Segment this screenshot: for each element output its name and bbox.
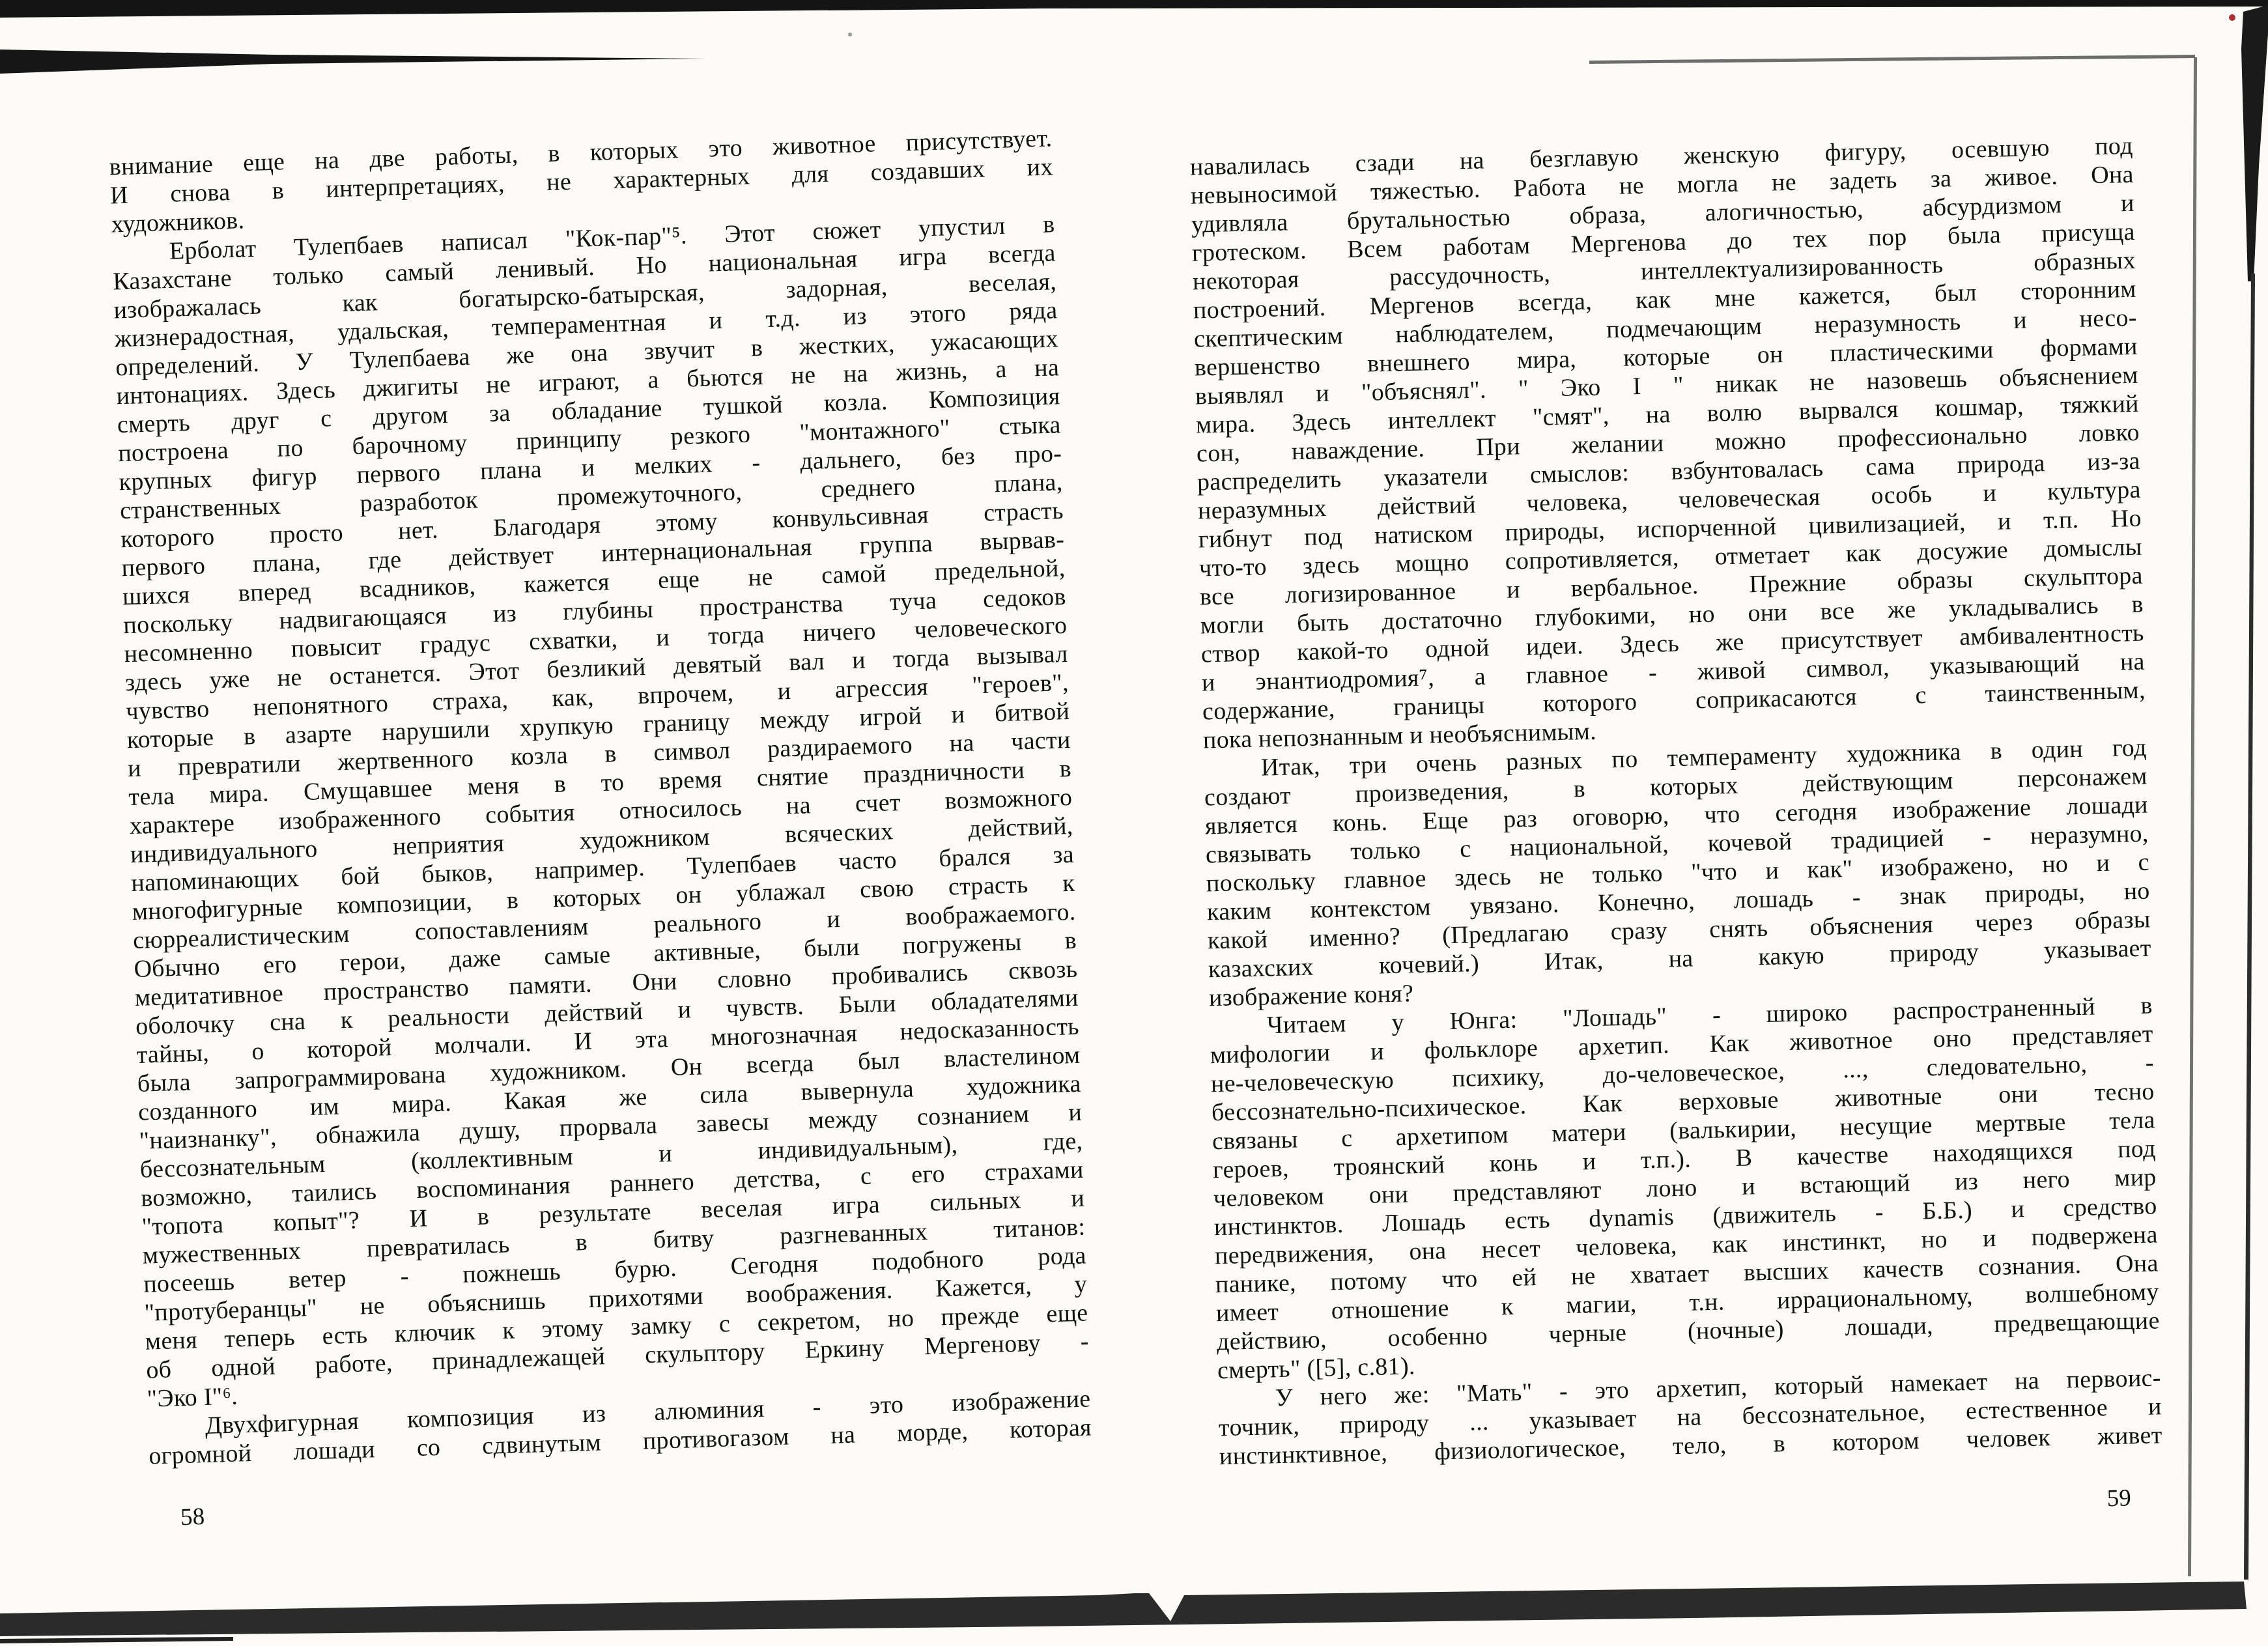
page-right-text: навалилась сзади на безглавую женскую фи… <box>1190 132 2163 1471</box>
page-right-edge-line <box>2188 57 2197 1576</box>
paragraph: навалилась сзади на безглавую женскую фи… <box>1190 132 2147 755</box>
page-left: внимание еще на две работы, в которых эт… <box>109 124 1094 1531</box>
scanner-edge-streak <box>2241 5 2268 281</box>
scanner-edge-line <box>2244 274 2255 1580</box>
scanned-book-spread: внимание еще на две работы, в которых эт… <box>0 0 2268 1646</box>
scan-speck <box>848 33 852 36</box>
bottom-left-edge-line <box>0 1637 233 1643</box>
page-top-edge-streak-left <box>0 50 707 74</box>
bottom-scan-bar <box>0 1582 2247 1636</box>
page-right: навалилась сзади на безглавую женскую фи… <box>1190 132 2164 1532</box>
paragraph: Итак, три очень разных по темпераменту х… <box>1204 733 2153 1013</box>
top-scan-bar <box>0 0 2268 18</box>
page-top-edge-line-right <box>1589 55 2195 64</box>
paragraph: Ерболат Тулепбаев написал "Кок-пар"⁵. Эт… <box>111 210 1090 1413</box>
page-left-text: внимание еще на две работы, в которых эт… <box>109 124 1092 1470</box>
red-mark <box>2229 14 2235 21</box>
paragraph: Читаем у Юнга: "Лошадь" - широко распрос… <box>1210 991 2161 1385</box>
